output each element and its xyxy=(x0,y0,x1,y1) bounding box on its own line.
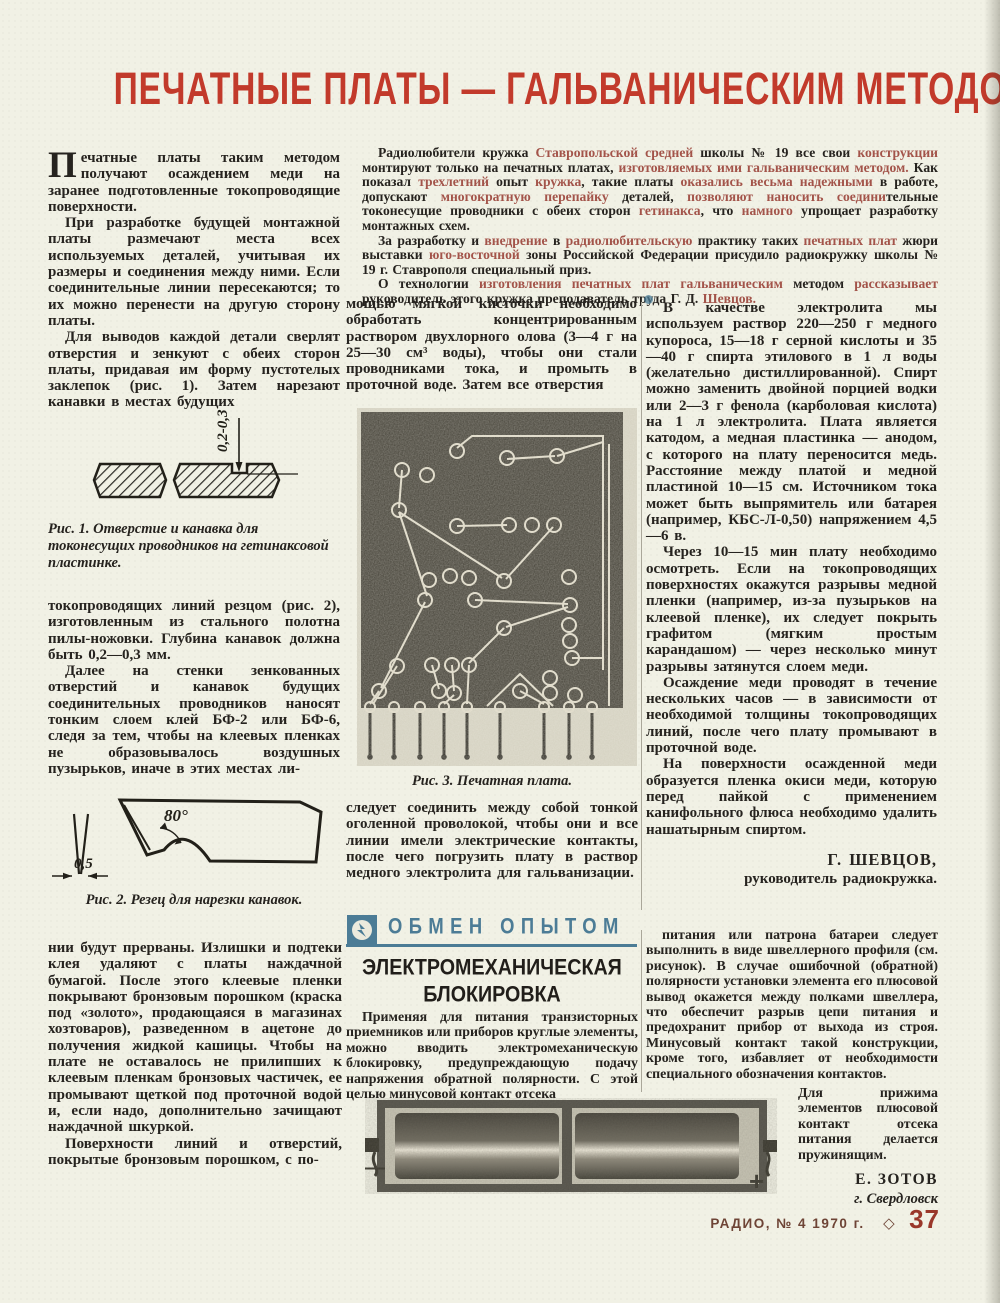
lead-paragraph: Печатные платы таким методом получают ос… xyxy=(48,150,340,215)
paragraph: следует соединить между собой тонкой ого… xyxy=(346,800,638,881)
diamond-ornament: ◇ xyxy=(883,1215,895,1232)
drop-cap: П xyxy=(48,150,81,180)
column-2-after-figure: следует соединить между собой тонкой ого… xyxy=(346,800,638,881)
page-title: ПЕЧАТНЫЕ ПЛАТЫ — ГАЛЬВАНИЧЕСКИМ МЕТОДОМ xyxy=(114,64,887,128)
paragraph: нии будут прерваны. Излишки и подтеки кл… xyxy=(48,940,342,1136)
intro-paragraph: Радиолюбители кружка Ставропольской сред… xyxy=(362,146,938,234)
column-2-top: мощью мягкой кисточки необходимо обработ… xyxy=(346,296,637,394)
pcb-photo xyxy=(357,408,637,766)
paragraph: мощью мягкой кисточки необходимо обработ… xyxy=(346,296,637,394)
paragraph: Для выводов каждой детали сверлят отверс… xyxy=(48,329,340,410)
battery-holder-photo: — + xyxy=(365,1098,777,1199)
rubric-label: ОБМЕН ОПЫТОМ xyxy=(388,915,625,940)
article2-title: ЭЛЕКТРОМЕХАНИЧЕСКАЯ БЛОКИРОВКА xyxy=(352,954,632,1008)
scan-edge-shadow xyxy=(984,0,1000,1303)
fig2-width-label: 0,5 xyxy=(74,856,93,872)
page-number: 37 xyxy=(909,1204,940,1234)
paragraph: Через 10—15 мин плату необходимо осмотре… xyxy=(646,544,937,674)
rubric-header: ОБМЕН ОПЫТОМ xyxy=(346,914,637,948)
paragraph: На поверхности осажденной меди образуетс… xyxy=(646,756,937,837)
paragraph: Осаждение меди проводят в течение нескол… xyxy=(646,675,937,756)
article1-author: Г. ШЕВЦОВ, xyxy=(646,852,937,868)
article2-column-1: Применяя для питания транзисторных прием… xyxy=(346,1010,638,1102)
intro-block: Радиолюбители кружка Ставропольской сред… xyxy=(362,146,938,307)
figure-2-drawing: 0,5 80° xyxy=(48,788,340,895)
column-divider-rule-bottom xyxy=(641,930,642,1092)
rubric-underline xyxy=(346,944,637,947)
battery-holder-image: — + xyxy=(365,1098,777,1194)
paragraph: При разработке будущей монтажной платы р… xyxy=(48,215,340,329)
paragraph: токопроводящих линий резцом (рис. 2), из… xyxy=(48,598,340,663)
paragraph: В качестве электролита мы используем рас… xyxy=(646,300,937,544)
column-1-middle: токопроводящих линий резцом (рис. 2), из… xyxy=(48,598,340,777)
lead-text: ечатные платы таким методом получают оса… xyxy=(48,150,340,215)
magazine-page: ПЕЧАТНЫЕ ПЛАТЫ — ГАЛЬВАНИЧЕСКИМ МЕТОДОМ … xyxy=(0,0,1000,1303)
paragraph: Применяя для питания транзисторных прием… xyxy=(346,1010,638,1102)
groove-cross-section-drawing: 0,2-0,3 xyxy=(56,400,336,514)
fig2-angle-label: 80° xyxy=(164,806,188,825)
paragraph: питания или патрона батареи следует выпо… xyxy=(646,928,938,1082)
figure-1-caption: Рис. 1. Отверстие и канавка для токонесу… xyxy=(48,521,340,572)
fig1-dimension-label: 0,2-0,3 xyxy=(215,409,231,452)
figure-3-photo xyxy=(357,408,637,771)
column-divider-rule xyxy=(641,302,642,910)
journal-issue-label: РАДИО, № 4 1970 г. xyxy=(710,1216,864,1231)
paragraph-beside-photo: Для прижима элементов плюсовой контакт о… xyxy=(798,1086,938,1163)
paragraph: Поверхности линий и отверстий, покрытые … xyxy=(48,1136,342,1169)
column-1-top: Печатные платы таким методом получают ос… xyxy=(48,150,340,411)
column-3: В качестве электролита мы используем рас… xyxy=(646,300,937,887)
figure-2-caption: Рис. 2. Резец для нарезки канавок. xyxy=(48,892,340,909)
cutter-drawing: 0,5 80° xyxy=(48,788,340,890)
figure-1-drawing: 0,2-0,3 xyxy=(56,400,336,519)
ink-spot xyxy=(644,295,653,304)
column-1-bottom: нии будут прерваны. Излишки и подтеки кл… xyxy=(48,940,342,1168)
paragraph: Далее на стенки зенкованных отверстий и … xyxy=(48,663,340,777)
intro-paragraph: За разработку и внедрение в радиолюбител… xyxy=(362,234,938,278)
figure-3-caption: Рис. 3. Печатная плата. xyxy=(346,773,638,790)
page-footer: РАДИО, № 4 1970 г. ◇ 37 xyxy=(560,1204,940,1235)
article1-author-role: руководитель радиокружка. xyxy=(646,871,937,887)
